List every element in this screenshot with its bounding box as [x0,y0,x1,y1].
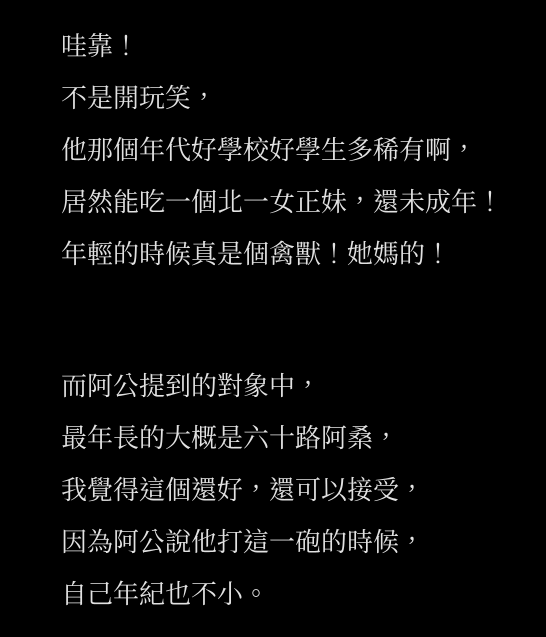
text-line: 不是開玩笑， [61,73,536,125]
text-line: 我覺得這個還好，還可以接受， [61,465,536,517]
paragraph-spacer [61,281,536,361]
paragraph-2: 而阿公提到的對象中， 最年長的大概是六十路阿桑， 我覺得這個還好，還可以接受， … [61,361,536,621]
paragraph-1: 哇靠！ 不是開玩笑， 他那個年代好學校好學生多稀有啊， 居然能吃一個北一女正妹，… [61,21,536,281]
text-line: 而阿公提到的對象中， [61,361,536,413]
text-line: 他那個年代好學校好學生多稀有啊， [61,125,536,177]
text-line: 因為阿公說他打這一砲的時候， [61,517,536,569]
text-line: 最年長的大概是六十路阿桑， [61,413,536,465]
post-text-body: 哇靠！ 不是開玩笑， 他那個年代好學校好學生多稀有啊， 居然能吃一個北一女正妹，… [0,0,546,637]
text-line: 自己年紀也不小。 [61,569,536,621]
page-background: { "page": { "background_color": "#000000… [0,0,546,637]
text-line: 年輕的時候真是個禽獸！她媽的！ [61,229,536,281]
text-line: 居然能吃一個北一女正妹，還未成年！ [61,177,536,229]
text-line: 哇靠！ [61,21,536,73]
